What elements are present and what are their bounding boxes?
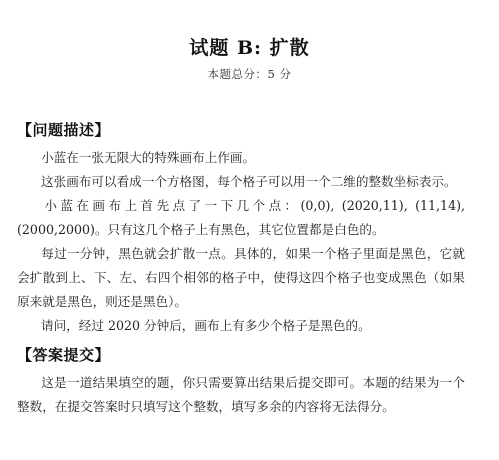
problem-paragraph-4: 每过一分钟，黑色就会扩散一点。具体的，如果一个格子里面是黑色，它就会扩散到上、下… [17,242,465,314]
exam-page: 试题 B: 扩散 本题总分：5 分 【问题描述】 小蓝在一张无限大的特殊画布上作… [0,0,499,460]
problem-paragraph-5: 请问，经过 2020 分钟后，画布上有多少个格子是黑色的。 [17,314,465,338]
problem-paragraph-3: 小蓝在画布上首先点了一下几个点：(0,0), (2020,11), (11,14… [17,194,465,242]
problem-paragraph-1: 小蓝在一张无限大的特殊画布上作画。 [17,146,465,170]
answer-paragraph-1: 这是一道结果填空的题，你只需要算出结果后提交即可。本题的结果为一个整数，在提交答… [17,371,465,419]
total-score: 本题总分：5 分 [0,66,499,82]
answer-submission-heading: 【答案提交】 [17,344,110,365]
problem-paragraph-2: 这张画布可以看成一个方格图，每个格子可以用一个二维的整数坐标表示。 [17,170,465,194]
problem-title: 试题 B: 扩散 [0,33,499,60]
problem-description-heading: 【问题描述】 [17,119,110,140]
